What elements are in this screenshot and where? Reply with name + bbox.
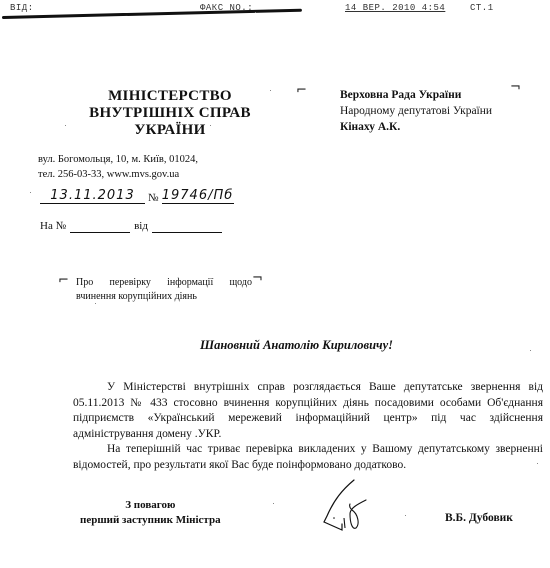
corner-bracket-right-icon: ¬ (510, 80, 521, 95)
closing-block: З повагою перший заступник Міністра (80, 498, 221, 528)
reply-date-blank (152, 220, 222, 233)
signer-position: перший заступник Міністра (80, 513, 221, 528)
corner-bracket-left-icon: ⌐ (58, 273, 69, 288)
address-contact: тел. 256-03-33, www.mvs.gov.ua (38, 167, 198, 182)
signature-icon (312, 478, 372, 533)
ministry-line: ВНУТРІШНІХ СПРАВ (70, 105, 270, 122)
reply-number-blank (70, 220, 130, 233)
outgoing-registration: 13.11.2013№19746/Пб (40, 188, 234, 208)
letter-body: У Міністерстві внутрішніх справ розгляда… (73, 380, 543, 473)
scan-speck (65, 125, 66, 126)
body-paragraph: На теперішній час триває перевірка викла… (73, 442, 543, 473)
number-symbol: № (148, 192, 159, 204)
ministry-line: МІНІСТЕРСТВО (70, 88, 270, 105)
outgoing-number: 19746/Пб (162, 188, 234, 204)
sender-address: вул. Богомольця, 10, м. Київ, 01024, тел… (38, 152, 198, 182)
fax-header-divider (2, 9, 302, 19)
salutation: Шановний Анатолію Кириловичу! (200, 338, 393, 353)
corner-bracket-left-icon: ⌐ (296, 83, 307, 98)
subject-word: перевірку (109, 276, 150, 290)
subject-word: Про (76, 276, 93, 290)
fax-from-label: ВІД: (10, 3, 34, 13)
reply-from-label: від (134, 220, 148, 232)
signer-name: В.Б. Дубовик (445, 512, 513, 524)
outgoing-date: 13.11.2013 (40, 188, 145, 204)
corner-bracket-right-icon: ¬ (252, 271, 263, 286)
reply-number-label: На № (40, 220, 66, 232)
address-street: вул. Богомольця, 10, м. Київ, 01024, (38, 152, 198, 167)
addressee-title: Народному депутатові України (340, 103, 492, 119)
closing-regards: З повагою (80, 498, 221, 513)
subject-word: інформації (167, 276, 213, 290)
scan-speck (530, 350, 531, 351)
scan-speck (273, 503, 274, 504)
subject-line-2: вчинення корупційних діянь (76, 290, 252, 304)
fax-datetime: 14 ВЕР. 2010 4:54 (345, 3, 445, 13)
scan-speck (95, 303, 96, 304)
scan-speck (255, 12, 256, 13)
body-paragraph: У Міністерстві внутрішніх справ розгляда… (73, 380, 543, 442)
ministry-line: УКРАЇНИ (70, 122, 270, 139)
scan-speck (30, 192, 31, 193)
subject-word: щодо (229, 276, 252, 290)
ministry-letterhead: МІНІСТЕРСТВО ВНУТРІШНІХ СПРАВ УКРАЇНИ (70, 88, 270, 139)
scan-speck (210, 125, 211, 126)
scan-speck (270, 90, 271, 91)
letter-subject: Про перевірку інформації щодо вчинення к… (76, 276, 252, 304)
addressee-organization: Верховна Рада України (340, 87, 492, 103)
reply-reference: На № від (40, 220, 222, 233)
fax-page-number: СТ.1 (470, 3, 494, 13)
scan-speck (405, 515, 406, 516)
addressee-block: Верховна Рада України Народному депутато… (340, 87, 492, 135)
addressee-name: Кінаху А.К. (340, 119, 492, 135)
scan-speck (537, 463, 538, 464)
